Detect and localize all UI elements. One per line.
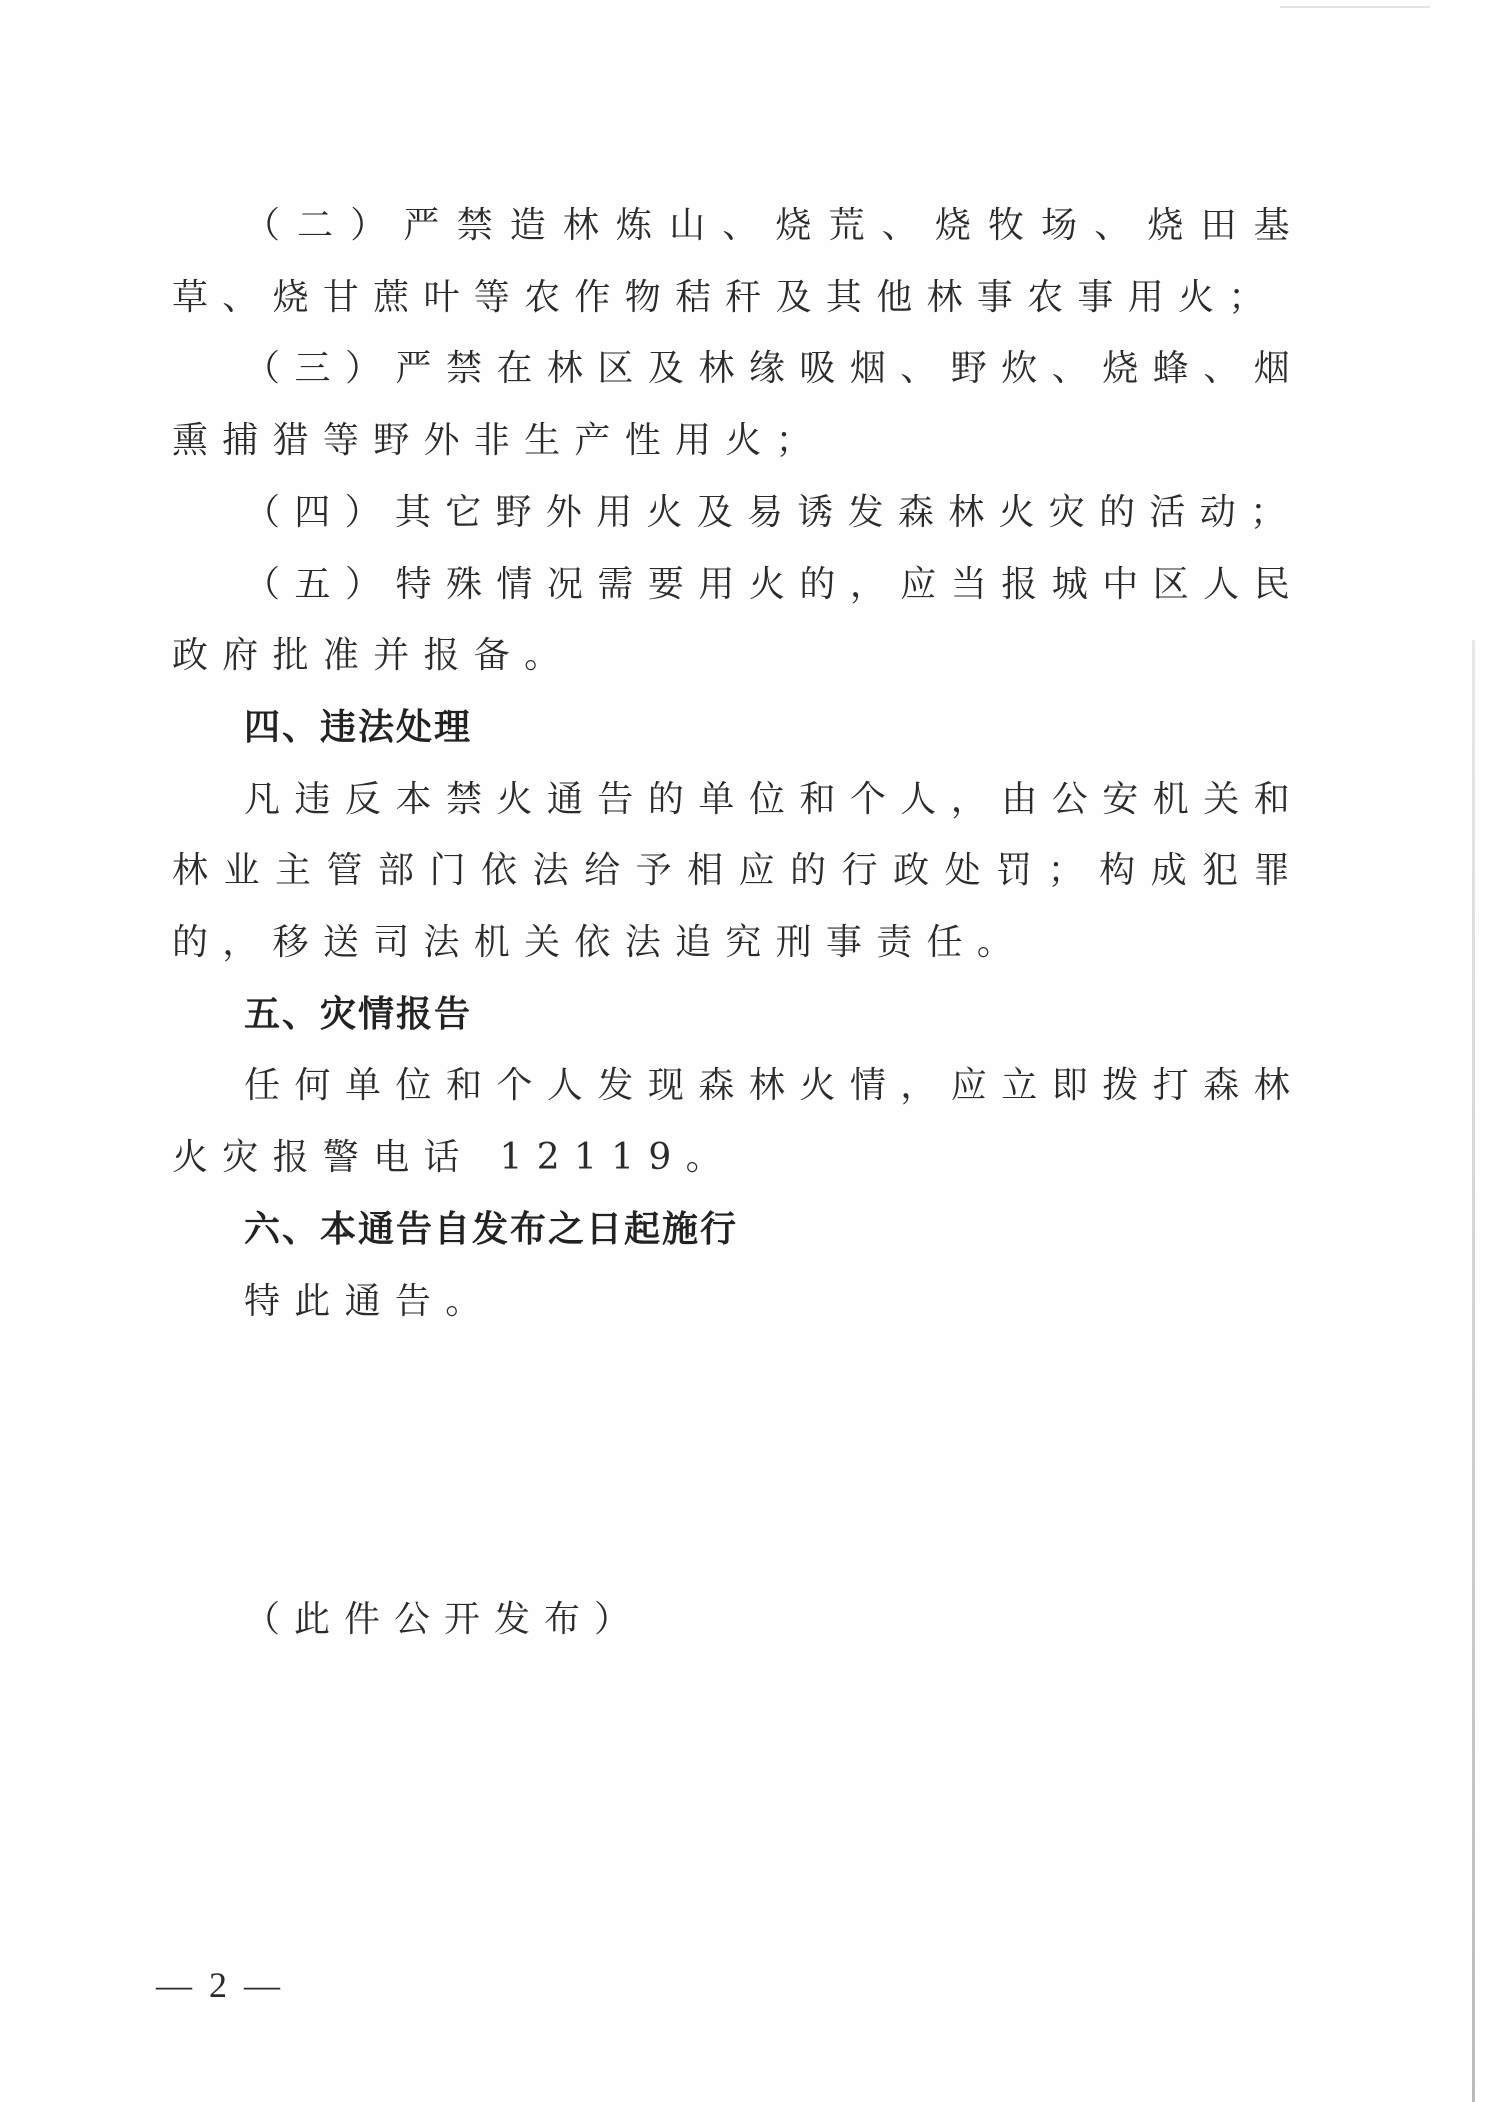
list-item-4: （四）其它野外用火及易诱发森林火灾的活动； — [172, 477, 1304, 549]
document-body: （二）严禁造林炼山、烧荒、烧牧场、烧田基草、烧甘蔗叶等农作物秸秆及其他林事农事用… — [172, 190, 1304, 1337]
section-heading-fire-report: 五、灾情报告 — [172, 979, 1304, 1051]
section-heading-effective-date: 六、本通告自发布之日起施行 — [172, 1194, 1304, 1266]
scan-artifact-top — [1280, 6, 1430, 8]
paragraph-closing: 特此通告。 — [172, 1266, 1304, 1338]
list-item-5: （五）特殊情况需要用火的，应当报城中区人民政府批准并报备。 — [172, 549, 1304, 692]
list-item-3: （三）严禁在林区及林缘吸烟、野炊、烧蜂、烟熏捕猎等野外非生产性用火； — [172, 333, 1304, 476]
paragraph-violations: 凡违反本禁火通告的单位和个人，由公安机关和林业主管部门依法给予相应的行政处罚；构… — [172, 764, 1304, 979]
list-item-2: （二）严禁造林炼山、烧荒、烧牧场、烧田基草、烧甘蔗叶等农作物秸秆及其他林事农事用… — [172, 190, 1304, 333]
scan-artifact-edge — [1472, 640, 1475, 2102]
public-release-note: （此件公开发布） — [244, 1590, 644, 1650]
page-number: — 2 — — [156, 1958, 284, 2012]
paragraph-fire-report: 任何单位和个人发现森林火情，应立即拨打森林火灾报警电话 12119。 — [172, 1050, 1304, 1193]
section-heading-violations: 四、违法处理 — [172, 692, 1304, 764]
document-page: （二）严禁造林炼山、烧荒、烧牧场、烧田基草、烧甘蔗叶等农作物秸秆及其他林事农事用… — [0, 0, 1487, 2102]
